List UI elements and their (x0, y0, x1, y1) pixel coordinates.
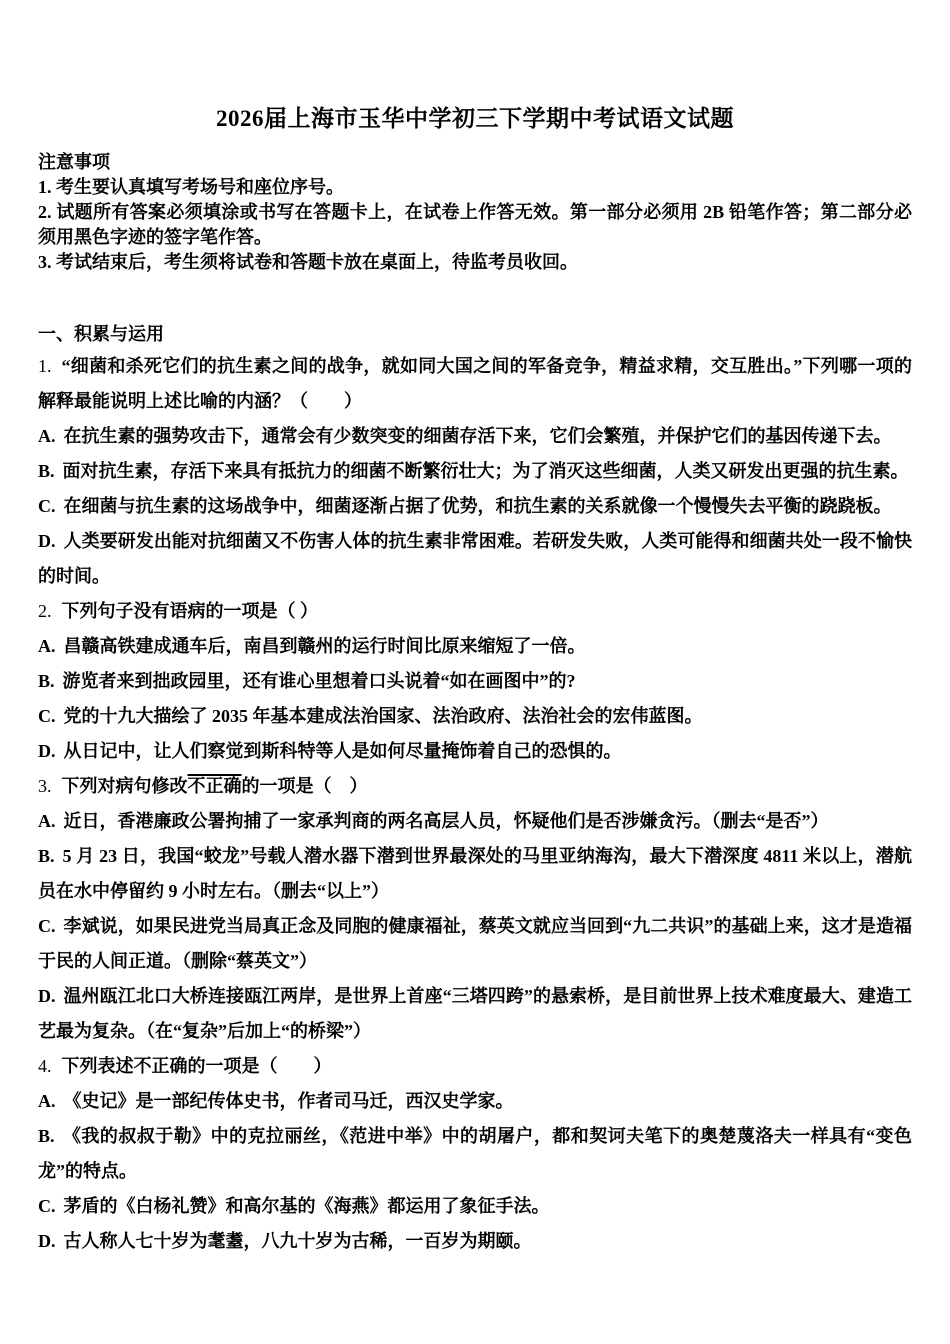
option-letter: C. (38, 706, 56, 726)
question-3: 3.下列对病句修改不正确的一项是（ ） A.近日，香港廉政公署拘捕了一家承判商的… (38, 769, 912, 1049)
option-b: B.面对抗生素，存活下来具有抵抗力的细菌不断繁衍壮大；为了消灭这些细菌，人类又研… (38, 454, 912, 489)
option-c: C.李斌说，如果民进党当局真正念及同胞的健康福祉，蔡英文就应当回到“九二共识”的… (38, 909, 912, 979)
option-text: 《史记》是一部纪传体史书，作者司马迁，西汉史学家。 (64, 1091, 514, 1111)
notice-heading: 注意事项 (38, 150, 912, 175)
option-c: C.党的十九大描绘了 2035 年基本建成法治国家、法治政府、法治社会的宏伟蓝图… (38, 699, 912, 734)
option-letter: A. (38, 811, 56, 831)
question-2: 2.下列句子没有语病的一项是（ ） A.昌赣高铁建成通车后，南昌到赣州的运行时间… (38, 594, 912, 769)
option-text: 近日，香港廉政公署拘捕了一家承判商的两名高层人员，怀疑他们是否涉嫌贪污。（删去“… (64, 811, 829, 831)
question-1: 1.“细菌和杀死它们的抗生素之间的战争，就如同大国之间的军备竞争，精益求精，交互… (38, 349, 912, 594)
option-letter: D. (38, 741, 56, 761)
option-letter: D. (38, 1231, 56, 1251)
option-text: 党的十九大描绘了 2035 年基本建成法治国家、法治政府、法治社会的宏伟蓝图。 (64, 706, 703, 726)
option-letter: D. (38, 986, 56, 1006)
option-a: A.《史记》是一部纪传体史书，作者司马迁，西汉史学家。 (38, 1084, 912, 1119)
option-text: 温州瓯江北口大桥连接瓯江两岸，是世界上首座“三塔四跨”的悬索桥，是目前世界上技术… (38, 986, 912, 1041)
option-d: D.从日记中，让人们察觉到斯科特等人是如何尽量掩饰着自己的恐惧的。 (38, 734, 912, 769)
option-text: 在抗生素的强势攻击下，通常会有少数突变的细菌存活下来，它们会繁殖，并保护它们的基… (64, 426, 892, 446)
option-b: B.游览者来到拙政园里，还有谁心里想着口头说着“如在画图中”的? (38, 664, 912, 699)
page-title: 2026届上海市玉华中学初三下学期中考试语文试题 (38, 0, 912, 134)
option-text: 从日记中，让人们察觉到斯科特等人是如何尽量掩饰着自己的恐惧的。 (64, 741, 622, 761)
option-text: 5 月 23 日，我国“蛟龙”号载人潜水器下潜到世界最深处的马里亚纳海沟，最大下… (38, 846, 912, 901)
option-letter: C. (38, 916, 56, 936)
option-letter: C. (38, 496, 56, 516)
question-stem-text: 下列对病句修改 (62, 776, 188, 796)
option-b: B.5 月 23 日，我国“蛟龙”号载人潜水器下潜到世界最深处的马里亚纳海沟，最… (38, 839, 912, 909)
question-stem-emphasis: 不正确 (188, 776, 242, 796)
option-c: C.茅盾的《白杨礼赞》和高尔基的《海燕》都运用了象征手法。 (38, 1189, 912, 1224)
question-stem: 2.下列句子没有语病的一项是（ ） (38, 594, 912, 629)
option-letter: C. (38, 1196, 56, 1216)
option-letter: B. (38, 671, 55, 691)
question-stem-text: “细菌和杀死它们的抗生素之间的战争，就如同大国之间的军备竞争，精益求精，交互胜出… (38, 356, 912, 411)
question-stem: 4.下列表述不正确的一项是（ ） (38, 1049, 912, 1084)
option-a: A.近日，香港廉政公署拘捕了一家承判商的两名高层人员，怀疑他们是否涉嫌贪污。（删… (38, 804, 912, 839)
option-letter: A. (38, 636, 56, 656)
question-number: 3. (38, 776, 52, 796)
option-text: 昌赣高铁建成通车后，南昌到赣州的运行时间比原来缩短了一倍。 (64, 636, 586, 656)
question-stem-text: 的一项是（ ） (242, 776, 368, 796)
option-a: A.在抗生素的强势攻击下，通常会有少数突变的细菌存活下来，它们会繁殖，并保护它们… (38, 419, 912, 454)
option-text: 人类要研发出能对抗细菌又不伤害人体的抗生素非常困难。若研发失败，人类可能得和细菌… (38, 531, 912, 586)
option-text: 古人称人七十岁为耄耋，八九十岁为古稀，一百岁为期颐。 (64, 1231, 532, 1251)
option-text: 《我的叔叔于勒》中的克拉丽丝，《范进中举》中的胡屠户，都和契诃夫笔下的奥楚蔑洛夫… (38, 1126, 912, 1181)
question-number: 4. (38, 1056, 52, 1076)
option-d: D.古人称人七十岁为耄耋，八九十岁为古稀，一百岁为期颐。 (38, 1224, 912, 1259)
question-4: 4.下列表述不正确的一项是（ ） A.《史记》是一部纪传体史书，作者司马迁，西汉… (38, 1049, 912, 1259)
option-letter: B. (38, 1126, 55, 1146)
question-stem-text: 下列句子没有语病的一项是（ ） (62, 601, 319, 621)
option-text: 茅盾的《白杨礼赞》和高尔基的《海燕》都运用了象征手法。 (64, 1196, 550, 1216)
question-stem: 1.“细菌和杀死它们的抗生素之间的战争，就如同大国之间的军备竞争，精益求精，交互… (38, 349, 912, 419)
notice-section: 注意事项 1. 考生要认真填写考场号和座位序号。 2. 试题所有答案必须填涂或书… (38, 150, 912, 275)
option-letter: D. (38, 531, 56, 551)
question-stem-text: 下列表述不正确的一项是（ ） (62, 1056, 332, 1076)
option-b: B.《我的叔叔于勒》中的克拉丽丝，《范进中举》中的胡屠户，都和契诃夫笔下的奥楚蔑… (38, 1119, 912, 1189)
option-text: 在细菌与抗生素的这场战争中，细菌逐渐占据了优势，和抗生素的关系就像一个慢慢失去平… (64, 496, 892, 516)
option-letter: B. (38, 461, 55, 481)
option-letter: A. (38, 426, 56, 446)
option-d: D.人类要研发出能对抗细菌又不伤害人体的抗生素非常困难。若研发失败，人类可能得和… (38, 524, 912, 594)
question-stem: 3.下列对病句修改不正确的一项是（ ） (38, 769, 912, 804)
exam-paper-page: 2026届上海市玉华中学初三下学期中考试语文试题 注意事项 1. 考生要认真填写… (0, 0, 950, 1344)
notice-item: 1. 考生要认真填写考场号和座位序号。 (38, 175, 912, 200)
notice-item: 2. 试题所有答案必须填涂或书写在答题卡上，在试卷上作答无效。第一部分必须用 2… (38, 200, 912, 250)
question-number: 2. (38, 601, 52, 621)
option-c: C.在细菌与抗生素的这场战争中，细菌逐渐占据了优势，和抗生素的关系就像一个慢慢失… (38, 489, 912, 524)
option-text: 游览者来到拙政园里，还有谁心里想着口头说着“如在画图中”的? (63, 671, 576, 691)
option-d: D.温州瓯江北口大桥连接瓯江两岸，是世界上首座“三塔四跨”的悬索桥，是目前世界上… (38, 979, 912, 1049)
option-text: 李斌说，如果民进党当局真正念及同胞的健康福祉，蔡英文就应当回到“九二共识”的基础… (38, 916, 912, 971)
option-letter: A. (38, 1091, 56, 1111)
question-number: 1. (38, 356, 52, 376)
section-heading: 一、积累与运用 (38, 319, 912, 349)
option-letter: B. (38, 846, 55, 866)
notice-item: 3. 考试结束后，考生须将试卷和答题卡放在桌面上，待监考员收回。 (38, 250, 912, 275)
option-a: A.昌赣高铁建成通车后，南昌到赣州的运行时间比原来缩短了一倍。 (38, 629, 912, 664)
option-text: 面对抗生素，存活下来具有抵抗力的细菌不断繁衍壮大；为了消灭这些细菌，人类又研发出… (63, 461, 909, 481)
